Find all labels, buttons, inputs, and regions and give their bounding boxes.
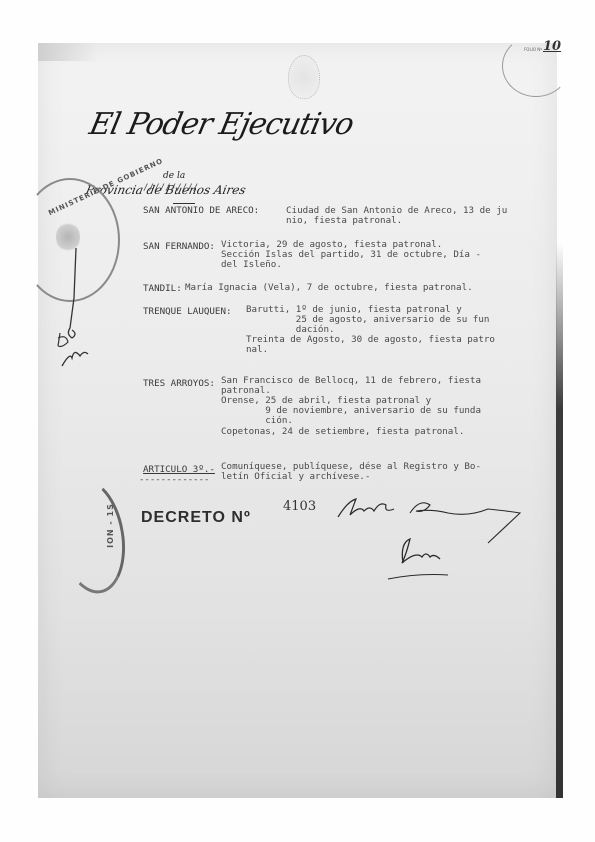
folio-label: FOLIO Nº [524, 47, 542, 52]
district-label: SAN FERNANDO: [143, 242, 215, 252]
district-entry-line: Treinta de Agosto, 30 de agosto, fiesta … [246, 335, 495, 345]
scan-edge-shadow [556, 243, 563, 798]
bottom-seal-text: ION - 1S [106, 503, 115, 548]
decree-number: 4103 [283, 499, 316, 514]
district-entry-line: nal. [246, 345, 268, 355]
district-label: TRENQUE LAUQUEN: [143, 307, 232, 317]
folio-number: 10 [543, 39, 561, 54]
district-label: TRES ARROYOS: [143, 379, 215, 389]
document-page: El Poder Ejecutivo de la Provincia de Bu… [38, 43, 557, 798]
handwritten-signatures [38, 43, 557, 798]
article-text-line: letín Oficial y archívese.- [221, 472, 370, 482]
decree-stamp-label: DECRETO Nº [141, 509, 251, 527]
district-entry-line: del Isleño. [221, 260, 282, 270]
letterhead-connector: de la [163, 171, 185, 181]
district-label: TANDIL: [143, 284, 182, 294]
coat-of-arms-watermark-icon [288, 55, 320, 99]
district-label: SAN ANTONIO DE ARECO: [143, 206, 259, 216]
letterhead-rule [173, 203, 195, 204]
bottom-seal [48, 473, 133, 599]
district-entry-line: ción. [221, 416, 293, 426]
article-label: ARTICULO 3º.- [143, 465, 215, 475]
handwritten-initials [50, 238, 90, 373]
article-underline: ------------- [139, 475, 209, 485]
separator-line: ////////// [143, 183, 198, 193]
district-entry-line: Copetonas, 24 de setiembre, fiesta patro… [221, 427, 464, 437]
district-entry-line: María Ignacia (Vela), 7 de octubre, fies… [185, 283, 473, 293]
letterhead-title: El Poder Ejecutivo [86, 107, 356, 142]
district-entry-line: nio, fiesta patronal. [286, 216, 402, 226]
